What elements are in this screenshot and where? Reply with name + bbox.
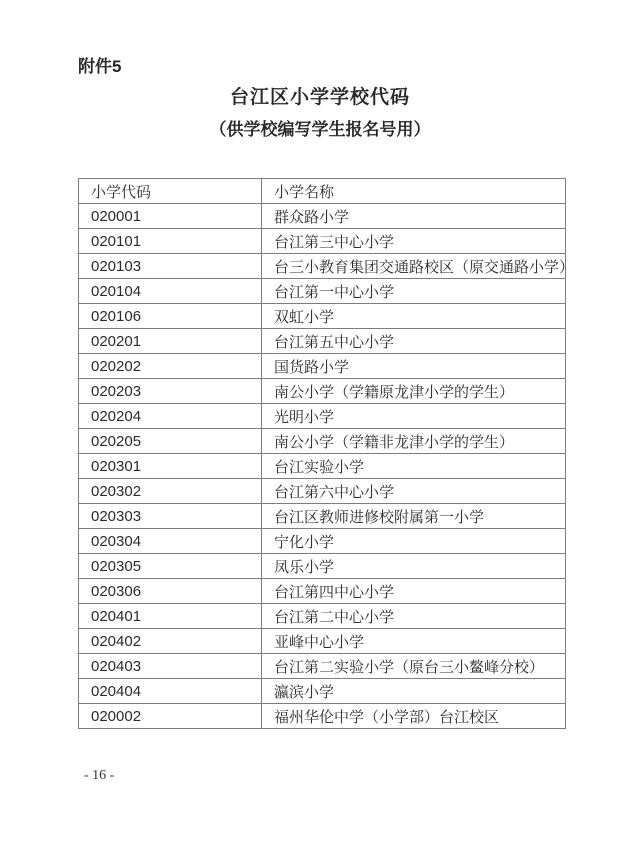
table-row: 020002 福州华伦中学（小学部）台江校区 — [79, 704, 566, 729]
table-row: 020104 台江第一中心小学 — [79, 279, 566, 304]
table-row: 020301 台江实验小学 — [79, 454, 566, 479]
table-row: 020203 南公小学（学籍原龙津小学的学生） — [79, 379, 566, 404]
table-row: 020101 台江第三中心小学 — [79, 229, 566, 254]
school-name-cell: 群众路小学 — [262, 204, 566, 229]
table-row: 020201 台江第五中心小学 — [79, 329, 566, 354]
school-code-cell: 020106 — [79, 304, 262, 329]
table-header-row: 小学代码 小学名称 — [79, 179, 566, 204]
school-name-cell: 台江区教师进修校附属第一小学 — [262, 504, 566, 529]
school-name-cell: 瀛滨小学 — [262, 679, 566, 704]
name-column-header: 小学名称 — [262, 179, 566, 204]
school-name-cell: 南公小学（学籍原龙津小学的学生） — [262, 379, 566, 404]
school-name-cell: 台江实验小学 — [262, 454, 566, 479]
school-code-cell: 020002 — [79, 704, 262, 729]
table-row: 020103 台三小教育集团交通路校区（原交通路小学） — [79, 254, 566, 279]
school-name-cell: 双虹小学 — [262, 304, 566, 329]
school-name-cell: 台江第二中心小学 — [262, 604, 566, 629]
page-title: 台江区小学学校代码 — [0, 82, 640, 109]
code-column-header: 小学代码 — [79, 179, 262, 204]
table-row: 020403 台江第二实验小学（原台三小鳌峰分校） — [79, 654, 566, 679]
school-code-cell: 020001 — [79, 204, 262, 229]
school-code-table: 小学代码 小学名称 020001 群众路小学 020101 台江第三中心小学 0… — [78, 178, 566, 729]
school-code-cell: 020306 — [79, 579, 262, 604]
document-page: 附件5 台江区小学学校代码 （供学校编写学生报名号用） 小学代码 小学名称 02… — [0, 0, 640, 845]
attachment-label: 附件5 — [78, 52, 121, 77]
school-code-cell: 020404 — [79, 679, 262, 704]
school-code-cell: 020202 — [79, 354, 262, 379]
school-code-cell: 020201 — [79, 329, 262, 354]
table-row: 020303 台江区教师进修校附属第一小学 — [79, 504, 566, 529]
school-name-cell: 宁化小学 — [262, 529, 566, 554]
school-name-cell: 台三小教育集团交通路校区（原交通路小学） — [262, 254, 566, 279]
school-code-cell: 020403 — [79, 654, 262, 679]
school-name-cell: 光明小学 — [262, 404, 566, 429]
school-name-cell: 福州华伦中学（小学部）台江校区 — [262, 704, 566, 729]
school-code-cell: 020204 — [79, 404, 262, 429]
school-code-cell: 020101 — [79, 229, 262, 254]
school-code-cell: 020305 — [79, 554, 262, 579]
school-name-cell: 台江第三中心小学 — [262, 229, 566, 254]
table-row: 020401 台江第二中心小学 — [79, 604, 566, 629]
school-name-cell: 国货路小学 — [262, 354, 566, 379]
page-subtitle: （供学校编写学生报名号用） — [0, 115, 640, 140]
school-code-cell: 020203 — [79, 379, 262, 404]
school-code-cell: 020103 — [79, 254, 262, 279]
table-row: 020204 光明小学 — [79, 404, 566, 429]
school-table-body: 020001 群众路小学 020101 台江第三中心小学 020103 台三小教… — [79, 204, 566, 729]
school-code-cell: 020302 — [79, 479, 262, 504]
school-name-cell: 亚峰中心小学 — [262, 629, 566, 654]
school-name-cell: 台江第六中心小学 — [262, 479, 566, 504]
table-row: 020304 宁化小学 — [79, 529, 566, 554]
school-name-cell: 凤乐小学 — [262, 554, 566, 579]
school-code-cell: 020301 — [79, 454, 262, 479]
school-code-cell: 020205 — [79, 429, 262, 454]
table-row: 020302 台江第六中心小学 — [79, 479, 566, 504]
school-name-cell: 台江第四中心小学 — [262, 579, 566, 604]
school-name-cell: 台江第二实验小学（原台三小鳌峰分校） — [262, 654, 566, 679]
table-row: 020001 群众路小学 — [79, 204, 566, 229]
table-row: 020305 凤乐小学 — [79, 554, 566, 579]
school-name-cell: 南公小学（学籍非龙津小学的学生） — [262, 429, 566, 454]
page-number: - 16 - — [84, 768, 114, 784]
table-row: 020106 双虹小学 — [79, 304, 566, 329]
table-row: 020404 瀛滨小学 — [79, 679, 566, 704]
school-code-cell: 020303 — [79, 504, 262, 529]
school-code-cell: 020104 — [79, 279, 262, 304]
school-name-cell: 台江第五中心小学 — [262, 329, 566, 354]
school-code-cell: 020401 — [79, 604, 262, 629]
table-row: 020402 亚峰中心小学 — [79, 629, 566, 654]
school-code-cell: 020304 — [79, 529, 262, 554]
table-row: 020306 台江第四中心小学 — [79, 579, 566, 604]
school-code-cell: 020402 — [79, 629, 262, 654]
table-row: 020202 国货路小学 — [79, 354, 566, 379]
table-row: 020205 南公小学（学籍非龙津小学的学生） — [79, 429, 566, 454]
school-name-cell: 台江第一中心小学 — [262, 279, 566, 304]
